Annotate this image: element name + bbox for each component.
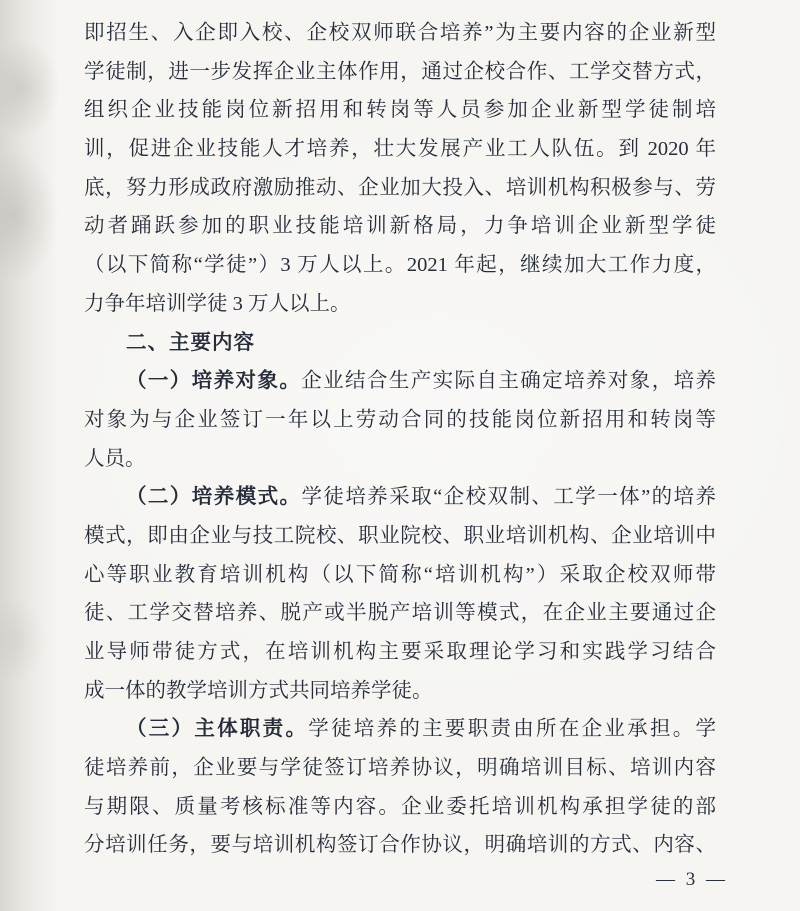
text-line: 训，促进企业技能人才培养，壮大发展产业工人队伍。到 2020 年: [84, 130, 716, 169]
text-line: （一）培养对象。企业结合生产实际自主确定培养对象，培养: [84, 362, 716, 401]
text-line: 模式，即由企业与技工院校、职业院校、职业培训机构、企业培训中: [84, 517, 716, 556]
text-line: 人员。: [84, 440, 716, 479]
text-line: 底，努力形成政府激励推动、企业加大投入、培训机构积极参与、劳: [84, 169, 716, 208]
text-line: 力争年培训学徒 3 万人以上。: [84, 285, 716, 324]
text-line: 业导师带徒方式，在培训机构主要采取理论学习和实践学习结合: [84, 633, 716, 672]
text-line: （二）培养模式。学徒培养采取“企校双制、工学一体”的培养: [84, 478, 716, 517]
text-line: 心等职业教育培训机构（以下简称“培训机构”）采取企校双师带: [84, 556, 716, 595]
text-line: 成一体的教学培训方式共同培养学徒。: [84, 672, 716, 711]
text-line: 组织企业技能岗位新招用和转岗等人员参加企业新型学徒制培: [84, 91, 716, 130]
text-line: 分培训任务，要与培训机构签订合作协议，明确培训的方式、内容、: [84, 826, 716, 865]
paragraph-text: 学徒培养采取“企校双制、工学一体”的培养: [302, 486, 717, 508]
paragraph-text: 学徒培养的主要职责由所在企业承担。学: [308, 718, 716, 740]
paragraph-text: 企业结合生产实际自主确定培养对象，培养: [301, 370, 716, 392]
text-line: 对象为与企业签订一年以上劳动合同的技能岗位新招用和转岗等: [84, 401, 716, 440]
text-line: 即招生、入企即入校、企校双师联合培养”为主要内容的企业新型: [84, 14, 716, 53]
document-page: 即招生、入企即入校、企校双师联合培养”为主要内容的企业新型 学徒制，进一步发挥企…: [0, 0, 800, 911]
text-line: 徒、工学交替培养、脱产或半脱产培训等模式，在企业主要通过企: [84, 594, 716, 633]
section-heading: 二、主要内容: [84, 324, 716, 363]
text-line: （三）主体职责。学徒培养的主要职责由所在企业承担。学: [84, 710, 716, 749]
paragraph-lead: （一）培养对象。: [126, 370, 301, 392]
text-line: 与期限、质量考核标准等内容。企业委托培训机构承担学徒的部: [84, 788, 716, 827]
paragraph-lead: （三）主体职责。: [126, 718, 308, 740]
text-line: 徒培养前，企业要与学徒签订培养协议，明确培训目标、培训内容: [84, 749, 716, 788]
paragraph-lead: （二）培养模式。: [126, 486, 302, 508]
text-column: 即招生、入企即入校、企校双师联合培养”为主要内容的企业新型 学徒制，进一步发挥企…: [84, 14, 716, 865]
text-line: 动者踊跃参加的职业技能培训新格局，力争培训企业新型学徒: [84, 207, 716, 246]
text-line: 学徒制，进一步发挥企业主体作用，通过企校合作、工学交替方式，: [84, 53, 716, 92]
page-number: — 3 —: [656, 869, 728, 891]
text-line: （以下简称“学徒”）3 万人以上。2021 年起，继续加大工作力度，: [84, 246, 716, 285]
